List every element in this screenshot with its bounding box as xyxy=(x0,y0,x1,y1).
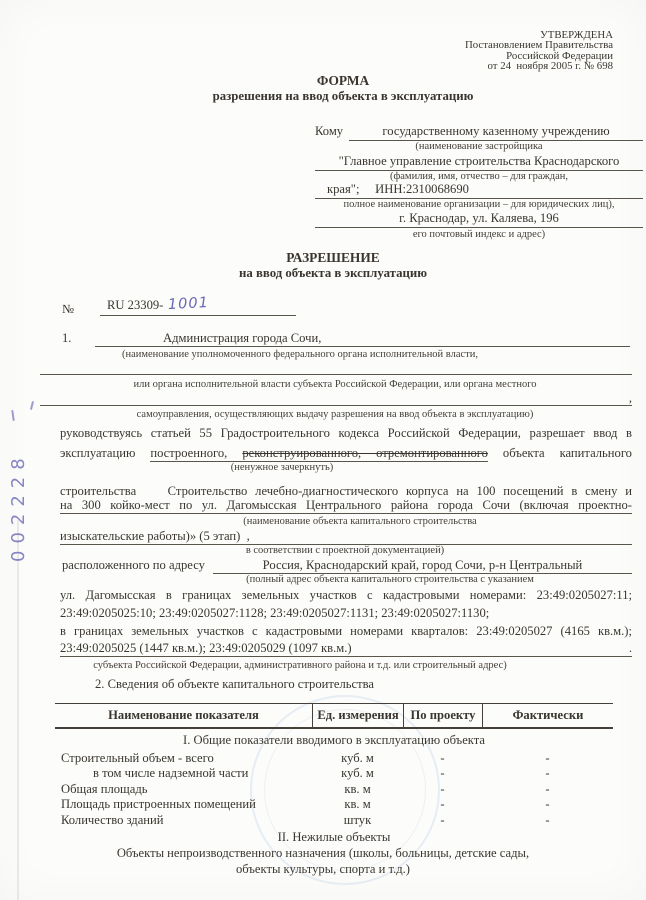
field-hint: самоуправления, осуществляющих выдачу ра… xyxy=(40,409,630,421)
indicator-project: - xyxy=(403,782,482,797)
field-hint: его почтовый индекс и адрес) xyxy=(315,229,643,241)
blank-line xyxy=(40,362,632,375)
indicator-unit: куб. м xyxy=(312,751,403,766)
column-header: Ед. измерения xyxy=(312,704,403,727)
field-hint: или органа исполнительной власти субъект… xyxy=(40,379,630,391)
number-label: № xyxy=(62,302,74,316)
permit-number-row: № RU 23309-1001 xyxy=(62,296,296,316)
address-value: Россия, Краснодарский край, город Сочи, … xyxy=(213,558,632,574)
object-name-line: на 300 койко-мест по ул. Дагомысская Цен… xyxy=(60,498,632,514)
field-hint: (полный адрес объекта капитального строи… xyxy=(140,574,640,586)
nonproduction-objects-line: Объекты непроизводственного назначения (… xyxy=(40,846,606,860)
indicator-project: - xyxy=(403,766,482,781)
table-row: в том числе надземной части куб. м - - xyxy=(55,766,613,781)
blank-line: , xyxy=(40,391,632,406)
type-options: построенного, реконструированного, отрем… xyxy=(150,446,488,462)
table-row: Количество зданий штук - - xyxy=(55,813,613,828)
column-header: Наименование показателя xyxy=(55,704,312,727)
trailing-comma: , xyxy=(629,391,632,405)
indicator-name: Количество зданий xyxy=(55,813,312,828)
object-name-line: изыскательские работы)» (5 этап) , xyxy=(60,529,632,545)
indicator-project: - xyxy=(403,797,482,812)
field-hint: (наименование застройщика xyxy=(315,141,643,153)
indicator-actual: - xyxy=(482,813,613,828)
addressee-value: г. Краснодар, ул. Каляева, 196 xyxy=(315,211,643,228)
handwritten-number: 1001 xyxy=(168,295,210,313)
type-struck: реконструированного, отремонтированного xyxy=(242,446,488,460)
column-header: Фактически xyxy=(482,704,613,727)
body-text: эксплуатацию xyxy=(60,446,135,460)
indicator-unit: кв. м xyxy=(312,797,403,812)
authority-value: Администрация города Сочи, xyxy=(95,331,630,347)
table-header-row: Наименование показателя Ед. измерения По… xyxy=(55,704,613,727)
type-kept: построенного, xyxy=(150,446,227,460)
indicator-unit: куб. м xyxy=(312,766,403,781)
approval-block: УТВЕРЖДЕНА Постановлением Правительства … xyxy=(465,30,613,71)
permit-number-typed: RU 23309- xyxy=(107,298,163,312)
cadastral-line: 23:49:0205025:10; 23:49:0205027:1128; 23… xyxy=(60,606,632,620)
section2-title: 2. Сведения об объекте капитального стро… xyxy=(95,677,374,691)
field-hint: (фамилия, имя, отчество – для граждан, xyxy=(315,171,643,183)
field-hint: в соответствии с проектной документацией… xyxy=(60,545,630,557)
doc-title: РАЗРЕШЕНИЕ xyxy=(20,250,646,266)
table-row: Общая площадь кв. м - - xyxy=(55,782,613,797)
construction-type-line: эксплуатацию построенного, реконструиров… xyxy=(60,446,632,460)
form-subtitle: разрешения на ввод объекта в эксплуатаци… xyxy=(40,89,646,104)
indicator-name: Площадь пристроенных помещений xyxy=(55,797,312,812)
pen-mark xyxy=(11,410,15,421)
form-title: ФОРМА xyxy=(40,73,646,89)
addressee-row: Кому государственному казенному учрежден… xyxy=(315,124,643,141)
indicator-unit: кв. м xyxy=(312,782,403,797)
approval-line: от 24 ноября 2005 г. № 698 xyxy=(465,61,613,71)
scan-edge-shadow xyxy=(17,520,19,900)
table-group-title: II. Нежилые объекты xyxy=(55,830,613,845)
cadastral-line: ул. Дагомысская в границах земельных уча… xyxy=(60,588,632,602)
address-label: расположенного по адресу xyxy=(62,558,205,574)
indicator-name: Общая площадь xyxy=(55,782,312,797)
indicator-project: - xyxy=(403,751,482,766)
indicator-actual: - xyxy=(482,751,613,766)
field-hint: субъекта Российской Федерации, администр… xyxy=(40,660,560,672)
indicator-name: в том числе надземной части xyxy=(55,766,312,781)
field-hint: полное наименование организации – для юр… xyxy=(315,199,643,211)
cadastral-text: 23:49:0205025 (1447 кв.м.); 23:49:020502… xyxy=(60,641,352,655)
trailing-period: . xyxy=(629,641,632,655)
addressee-label: Кому xyxy=(315,124,343,141)
field-hint: (наименование уполномоченного федерально… xyxy=(40,349,560,361)
addressee-value: государственному казенному учреждению xyxy=(349,124,643,141)
cadastral-line: 23:49:0205025 (1447 кв.м.); 23:49:020502… xyxy=(60,641,632,657)
indicators-table: Наименование показателя Ед. измерения По… xyxy=(55,703,613,848)
address-row: расположенного по адресу Россия, Краснод… xyxy=(62,558,632,574)
indicator-name: Строительный объем - всего xyxy=(55,751,312,766)
clause-number: 1. xyxy=(62,331,71,345)
field-hint: (наименование объекта капитального строи… xyxy=(90,516,630,528)
addressee-value: края"; ИНН:2310068690 xyxy=(315,182,643,199)
object-name-line: строительства Строительство лечебно-диаг… xyxy=(60,484,632,498)
nonproduction-objects-line: объекты культуры, спорта и т.д.) xyxy=(40,862,606,876)
permit-number-field: RU 23309-1001 xyxy=(100,296,296,316)
header-divider xyxy=(55,727,613,729)
indicator-actual: - xyxy=(482,766,613,781)
margin-inventory-number: 002228 xyxy=(8,451,29,562)
cadastral-line: в границах земельных участков с кадастро… xyxy=(60,624,632,638)
indicator-unit: штук xyxy=(312,813,403,828)
table-row: Площадь пристроенных помещений кв. м - - xyxy=(55,797,613,812)
doc-subtitle: на ввод объекта в эксплуатацию xyxy=(20,266,646,281)
indicator-actual: - xyxy=(482,782,613,797)
indicator-project: - xyxy=(403,813,482,828)
field-hint: (ненужное зачеркнуть) xyxy=(60,462,504,474)
indicator-actual: - xyxy=(482,797,613,812)
scanned-permit-document: 002228 УТВЕРЖДЕНА Постановлением Правите… xyxy=(0,0,646,900)
addressee-value: "Главное управление строительства Красно… xyxy=(315,154,643,171)
table-group-title: I. Общие показатели вводимого в эксплуат… xyxy=(55,733,613,748)
table-row: Строительный объем - всего куб. м - - xyxy=(55,751,613,766)
body-text: объекта капитального xyxy=(503,446,632,460)
pen-mark xyxy=(30,401,34,410)
column-header: По проекту xyxy=(403,704,482,727)
body-line: руководствуясь статьей 55 Градостроитель… xyxy=(60,426,632,440)
addressee-block: Кому государственному казенному учрежден… xyxy=(315,124,643,240)
